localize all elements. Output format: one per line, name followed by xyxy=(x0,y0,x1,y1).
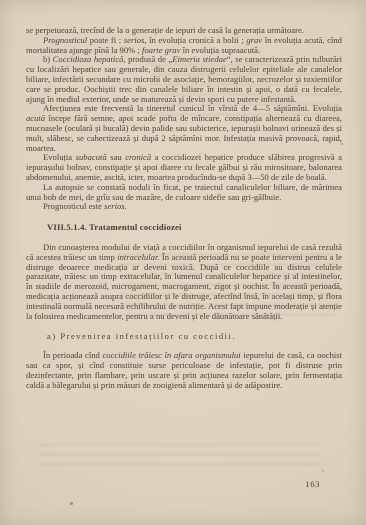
paragraph: În perioada cînd coccidiile trăiesc în a… xyxy=(26,351,342,390)
text-segment: se perpetuează, trecînd de la o generați… xyxy=(26,25,304,35)
text-segment: produsă de „ xyxy=(126,54,173,64)
text-segment: În această perioadă nu se poate interven… xyxy=(26,252,342,321)
subheading: a) Prevenirea infestațiilor cu coccidii. xyxy=(47,332,342,342)
italic-text-segment: serios. xyxy=(104,201,127,211)
scanned-book-page: se perpetuează, trecînd de la o generați… xyxy=(0,0,366,525)
text-segment: Afecțiunea este frecventă la tineretul c… xyxy=(43,103,342,113)
text-segment: b) xyxy=(43,54,53,64)
italic-text-segment: grav xyxy=(246,35,262,45)
heading: VIII.5.1.4. Tratamentul coccidiozei xyxy=(47,223,342,233)
text-segment: În perioada cînd xyxy=(43,350,102,360)
text-segment: în evoluția cronică a bolii ; xyxy=(146,35,246,45)
italic-text-segment: intracelular. xyxy=(117,252,159,262)
italic-text-segment: coccidiile trăiesc în afara organismului xyxy=(102,350,240,360)
paragraph: Afecțiunea este frecventă la tineretul c… xyxy=(26,104,342,153)
italic-text-segment: cronică xyxy=(125,152,151,162)
italic-text-segment: serios, xyxy=(124,35,147,45)
paragraph: Din cunoașterea modului de viață a cocci… xyxy=(26,243,342,321)
italic-text-segment: Coccidioza hepatică, xyxy=(53,54,126,64)
italic-text-segment: foarte grav xyxy=(142,45,180,55)
scan-speck xyxy=(322,470,324,472)
text-segment: La autopsie se constată noduli în ficat,… xyxy=(26,182,342,202)
paragraph: Prognosticul este serios. xyxy=(26,202,342,212)
scan-speck xyxy=(70,502,73,505)
paragraph: b) Coccidioza hepatică, produsă de „Eime… xyxy=(26,55,342,104)
paragraph: La autopsie se constată noduli în ficat,… xyxy=(26,183,342,203)
italic-text-segment: acută xyxy=(26,113,45,123)
text-segment: sau xyxy=(107,152,126,162)
text-segment: VIII.5.1.4. Tratamentul coccidiozei xyxy=(47,222,182,232)
page-number: 163 xyxy=(305,479,320,489)
italic-text-segment: Prognosticul xyxy=(43,35,87,45)
italic-text-segment: subacută xyxy=(76,152,107,162)
text-segment: a) Prevenirea infestațiilor cu coccidii. xyxy=(47,331,236,341)
text-segment: poate fi : xyxy=(87,35,124,45)
text-segment: Evoluția xyxy=(43,152,76,162)
page-content: se perpetuează, trecînd de la o generați… xyxy=(26,26,342,390)
text-segment: Prognosticul este xyxy=(43,201,104,211)
italic-text-segment: Eimeria stiedae xyxy=(172,54,227,64)
show-through-artifact xyxy=(40,440,320,470)
text-segment: începe fără semne, apoi scade pofta de m… xyxy=(26,113,342,152)
paragraph: Evoluția subacută sau cronică a coccidio… xyxy=(26,153,342,182)
text-segment: în evoluția supraacută. xyxy=(180,45,260,55)
paragraph: Prognosticul poate fi : serios, în evolu… xyxy=(26,36,342,56)
